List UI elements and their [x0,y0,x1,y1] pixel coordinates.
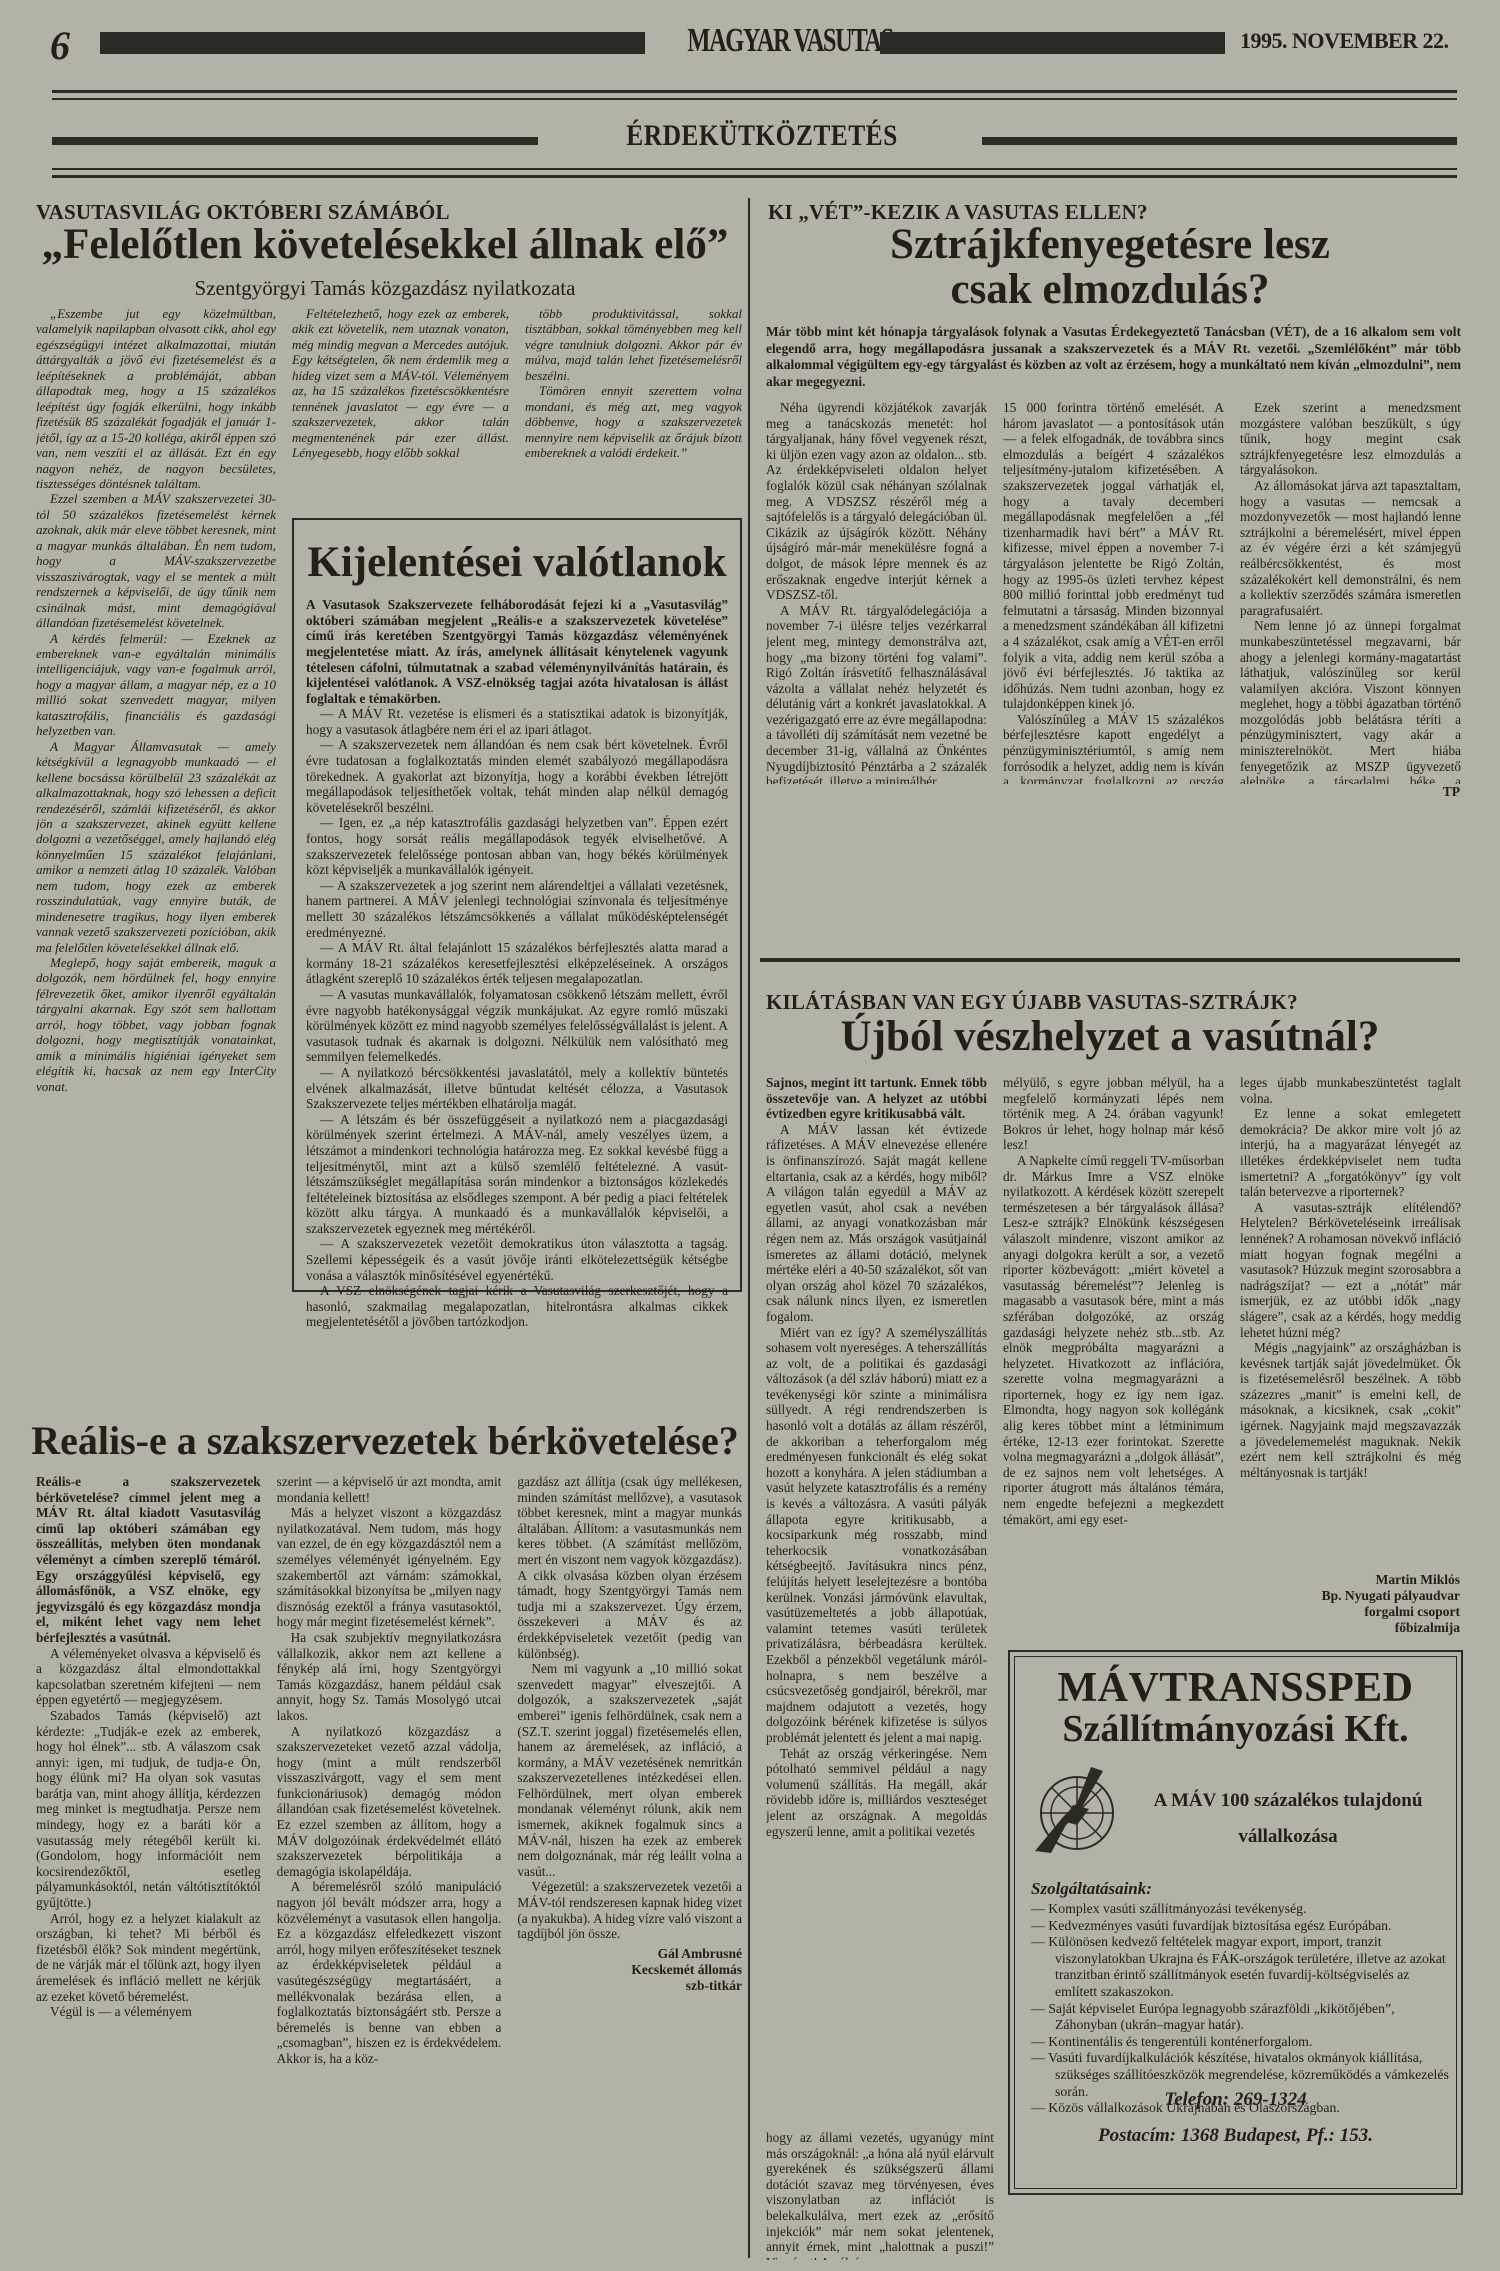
paragraph: Meglepő, hogy saját embereik, maguk a do… [36,955,276,1094]
article-kicker: KILÁTÁSBAN VAN EGY ÚJABB VASUTAS-SZTRÁJK… [766,990,1298,1015]
paragraph: A Napkelte című reggeli TV-műsorban dr. … [1003,1153,1224,1527]
signature-line: Bp. Nyugati pályaudvar [1230,1588,1460,1604]
article-headline: Sztrájkfenyegetésre lesz csak elmozdulás… [760,222,1460,312]
article-subhead: Szentgyörgyi Tamás közgazdász nyilatkoza… [30,276,740,301]
paragraph: Mégis „nagyjaink” az országházban is kev… [1240,1340,1461,1480]
ad-ownership-line: A MÁV 100 százalékos tulajdonú [1133,1783,1443,1819]
signature-line: forgalmi csoport [1230,1604,1460,1620]
paragraph: Végül is — a véleményem [36,2004,261,2020]
author-initials: TP [1400,784,1460,800]
paragraph: szerint — a képviselő úr azt mondta, ami… [277,1474,502,1505]
paragraph: Nem lenne jó az ünnepi forgalmat munkabe… [1240,618,1461,784]
signature-line: Gál Ambrusné [517,1946,742,1962]
article-right-top-columns: Néha ügyrendi közjátékok zavarják meg a … [766,400,1461,784]
article-headline: Reális-e a szakszervezetek bérkövetelése… [30,1420,740,1462]
paragraph: Néha ügyrendi közjátékok zavarják meg a … [766,400,987,603]
text-column: Ezek szerint a menedzsment mozgástere va… [1240,400,1461,784]
text-column: hogy az állami vezetés, ugyanúgy mint má… [766,2130,994,2260]
paragraph: Ha csak szubjektív megnyilatkozásra váll… [277,1630,502,1724]
text-column: több produktivitással, sokkal tisztábban… [525,306,742,506]
paragraph: — A szakszervezetek vezetőit demokratiku… [306,1236,728,1283]
paragraph: — A vasutas munkavállalók, folyamatosan … [306,987,728,1065]
author-signature: Martin Miklós Bp. Nyugati pályaudvar for… [1230,1572,1460,1636]
signature-line: Kecskemét állomás [517,1962,742,1978]
signature-line: főbizalmija [1230,1620,1460,1636]
paragraph: — A létszám és bér összefüggéseit a nyil… [306,1112,728,1237]
paragraph: A MÁV Rt. tárgyalódelegációja a november… [766,603,987,784]
paragraph: — A szakszervezetek nem állandóan és nem… [306,737,728,815]
article-left-column-1: „Eszembe jut egy közelmúltban, valamelyi… [36,306,276,1336]
boxed-article: Kijelentései valótlanok A Vasutasok Szak… [292,518,742,1292]
article-right-bottom-columns: Sajnos, megint itt tartunk. Ennek több ö… [766,1075,1461,1635]
ad-services-list: Komplex vasúti szállítmányozási tevékeny… [1031,1901,1451,2117]
signature-line: Martin Miklós [1230,1572,1460,1588]
text-column: Sajnos, megint itt tartunk. Ennek több ö… [766,1075,987,2265]
text-column: Feltételezhető, hogy ezek az emberek, ak… [292,306,509,506]
paragraph: Tehát az ország vérkeringése. Nem pótolh… [766,1746,987,1840]
paragraph: Az állomásokat járva azt tapasztaltam, h… [1240,478,1461,618]
paragraph: — A MÁV Rt. által felajánlott 15 százalé… [306,940,728,987]
section-banner: ÉRDEKÜTKÖZTETÉS [52,90,1457,178]
masthead-rule-right [880,32,1225,54]
banner-rule-right [982,137,1457,145]
masthead-rule-left [100,32,645,54]
text-column: 15 000 forintra történő emelését. A háro… [1003,400,1224,784]
paragraph: Sajnos, megint itt tartunk. Ennek több ö… [766,1075,987,1122]
paragraph: Reális-e a szakszervezetek bérkövetelése… [36,1474,261,1646]
advertisement-box: MÁVTRANSSPED Szállítmányozási Kft. A MÁV… [1008,1650,1463,2195]
paragraph: Ezzel szemben a MÁV szakszervezetei 30-t… [36,491,276,630]
advertisement-inner: MÁVTRANSSPED Szállítmányozási Kft. A MÁV… [1014,1656,1457,2189]
paper-name: MAGYAR VASUTAS [687,22,838,60]
article-headline: „Felelőtlen követelésekkel állnak elő” [30,222,740,267]
ad-phone: Telefon: 269-1324 [1015,2089,1456,2111]
boxed-headline: Kijelentései valótlanok [306,540,728,585]
ad-services-title: Szolgáltatásaink: [1031,1879,1152,1899]
newspaper-page: 6 MAGYAR VASUTAS 1995. NOVEMBER 22. ÉRDE… [0,0,1500,2271]
text-column: szerint — a képviselő úr azt mondta, ami… [277,1474,502,2260]
boxed-lead: A Vasutasok Szakszervezete felháborodásá… [306,597,728,706]
paragraph: Miért van ez így? A személyszállítás soh… [766,1325,987,1746]
author-signature: Gál Ambrusné Kecskemét állomás szb-titká… [517,1946,742,1994]
paragraph: Ezek szerint a menedzsment mozgástere va… [1240,400,1461,478]
paragraph: Szabados Tamás (képviselő) azt kérdezte:… [36,1708,261,1911]
paragraph: A béremelésről szóló manipuláció nagyon … [277,1879,502,2066]
paragraph: A kérdés felmerül: — Ezeknek az emberekn… [36,631,276,739]
banner-rule-left [52,137,538,145]
paragraph: hogy az állami vezetés, ugyanúgy mint má… [766,2130,994,2260]
headline-line: csak elmozdulás? [760,267,1460,312]
article-lead: Már több mint két hónapja tárgyalások fo… [766,324,1461,390]
paragraph: gazdász azt állítja (csak úgy mellékesen… [517,1474,742,1661]
ad-service-item: Kedvezményes vasúti fuvardíjak biztosítá… [1031,1918,1451,1935]
column-divider [748,198,750,2258]
signature-line: szb-titkár [517,1978,742,1994]
paragraph: Valószínűleg a MÁV 15 százalékos bérfejl… [1003,712,1224,784]
ad-service-item: Saját képviselet Európa legnagyobb szára… [1031,2001,1451,2034]
ad-company-name: MÁVTRANSSPED [1029,1667,1442,1709]
paragraph: A vasutas-sztrájk elítélendő? Helytelen?… [1240,1200,1461,1340]
paragraph: Ez lenne a sokat emlegetett demokrácia? … [1240,1106,1461,1200]
section-title: ÉRDEKÜTKÖZTETÉS [584,119,941,153]
article-left-columns-2-3: Feltételezhető, hogy ezek az emberek, ak… [292,306,742,506]
text-column: gazdász azt állítja (csak úgy mellékesen… [517,1474,742,2260]
paragraph: A Magyar Államvasutak — amely kétségkívü… [36,739,276,955]
paragraph: A nyilatkozó közgazdász a szakszervezete… [277,1724,502,1880]
text-column: leges újabb munkabeszüntetést taglalt vo… [1240,1075,1461,1635]
paragraph: 15 000 forintra történő emelését. A háro… [1003,400,1224,712]
paragraph: Feltételezhető, hogy ezek az emberek, ak… [292,306,509,461]
ad-service-item: Különösen kedvező feltételek magyar expo… [1031,1934,1451,2000]
paragraph: A MÁV lassan két évtizede ráfizetéses. A… [766,1122,987,1325]
paragraph: A véleményeket olvasva a képviselő és a … [36,1646,261,1708]
ad-company-type: Szállítmányozási Kft. [1029,1709,1442,1751]
ad-postal-address: Postacím: 1368 Budapest, Pf.: 153. [1015,2125,1456,2147]
article-continued-column: hogy az állami vezetés, ugyanúgy mint má… [766,2130,994,2260]
text-column: mélyülő, s egyre jobban mélyül, ha a meg… [1003,1075,1224,1635]
paragraph: „Eszembe jut egy közelmúltban, valamelyi… [36,306,276,491]
paragraph: Arról, hogy ez a helyzet kialakult az or… [36,1911,261,2005]
ad-ownership: A MÁV 100 százalékos tulajdonú vállalkoz… [1133,1783,1443,1855]
text-column: „Eszembe jut egy közelmúltban, valamelyi… [36,306,276,1336]
paragraph: — A nyilatkozó bércsökkentési javaslatát… [306,1065,728,1112]
paragraph: mélyülő, s egyre jobban mélyül, ha a meg… [1003,1075,1224,1153]
mavtransped-logo-icon [1033,1765,1119,1857]
paragraph: — A szakszervezetek a jog szerint nem al… [306,878,728,940]
issue-date: 1995. NOVEMBER 22. [1240,28,1449,54]
masthead: 6 MAGYAR VASUTAS 1995. NOVEMBER 22. [40,22,1480,72]
paragraph: A VSZ elnökségének tagjai kérik a Vasuta… [306,1283,728,1330]
article-headline: Újból vészhelyzet a vasútnál? [760,1014,1460,1059]
text-column: Néha ügyrendi közjátékok zavarják meg a … [766,400,987,784]
paragraph: Tömören ennyit szerettem volna mondani, … [525,383,742,460]
paragraph: Végezetül: a szakszervezetek vezetői a M… [517,1879,742,1941]
paragraph: több produktivitással, sokkal tisztábban… [525,306,742,383]
page-number: 6 [50,22,70,69]
text-column: Reális-e a szakszervezetek bérkövetelése… [36,1474,261,2260]
ad-ownership-line: vállalkozása [1133,1819,1443,1855]
paragraph: Más a helyzet viszont a közgazdász nyila… [277,1505,502,1630]
headline-line: Sztrájkfenyegetésre lesz [760,222,1460,267]
ad-service-item: Komplex vasúti szállítmányozási tevékeny… [1031,1901,1451,1918]
paragraph: — A MÁV Rt. vezetése is elismeri és a st… [306,706,728,737]
paragraph: leges újabb munkabeszüntetést taglalt vo… [1240,1075,1461,1106]
ad-service-item: Kontinentális és tengerentúli konténerfo… [1031,2034,1451,2051]
article-bottom-left-columns: Reális-e a szakszervezetek bérkövetelése… [36,1474,742,2260]
section-rule [760,958,1460,962]
paragraph: Nem mi vagyunk a „10 millió sokat szenve… [517,1661,742,1879]
paragraph: — Igen, ez „a nép katasztrofális gazdasá… [306,815,728,877]
